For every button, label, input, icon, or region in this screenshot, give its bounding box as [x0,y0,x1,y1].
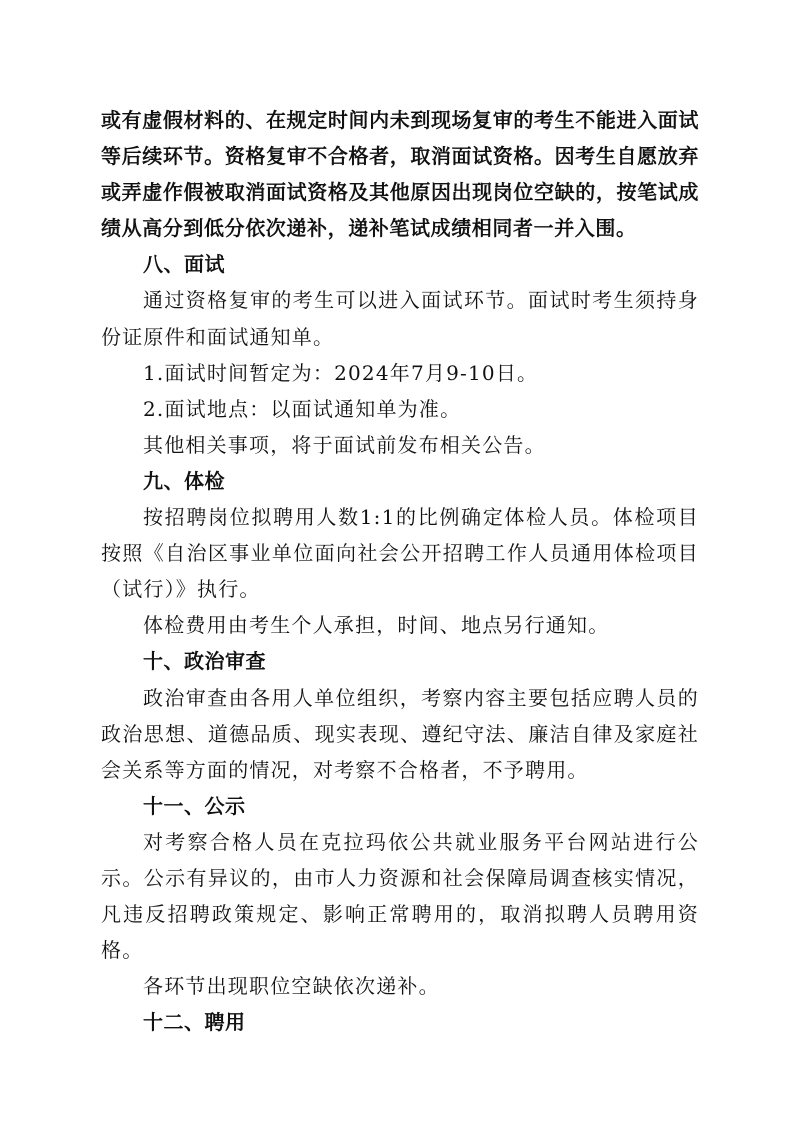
section-political-review: 十、政治审查 政治审查由各用人单位组织，考察内容主要包括应聘人员的政治思想、道德… [101,643,699,787]
section-employment: 十二、聘用 [101,1004,699,1040]
section-interview: 八、面试 通过资格复审的考生可以进入面试环节。面试时考生须持身份证原件和面试通知… [101,246,699,463]
paragraph: 其他相关事项，将于面试前发布相关公告。 [101,427,699,463]
document-page: 或有虚假材料的、在规定时间内未到现场复审的考生不能进入面试等后续环节。资格复审不… [101,102,699,1040]
section-physical-exam: 九、体检 按招聘岗位拟聘用人数1:1的比例确定体检人员。体检项目按照《自治区事业… [101,463,699,643]
section-heading: 十一、公示 [101,788,699,824]
paragraph: 对考察合格人员在克拉玛依公共就业服务平台网站进行公示。公示有异议的，由市人力资源… [101,824,699,968]
section-heading: 十二、聘用 [101,1004,699,1040]
section-public-notice: 十一、公示 对考察合格人员在克拉玛依公共就业服务平台网站进行公示。公示有异议的，… [101,788,699,1005]
paragraph: 通过资格复审的考生可以进入面试环节。面试时考生须持身份证原件和面试通知单。 [101,282,699,354]
paragraph: 体检费用由考生个人承担，时间、地点另行通知。 [101,607,699,643]
section-heading: 十、政治审查 [101,643,699,679]
intro-paragraph: 或有虚假材料的、在规定时间内未到现场复审的考生不能进入面试等后续环节。资格复审不… [101,102,699,246]
paragraph: 各环节出现职位空缺依次递补。 [101,968,699,1004]
section-heading: 八、面试 [101,246,699,282]
paragraph: 政治审查由各用人单位组织，考察内容主要包括应聘人员的政治思想、道德品质、现实表现… [101,680,699,788]
section-heading: 九、体检 [101,463,699,499]
paragraph: 按招聘岗位拟聘用人数1:1的比例确定体检人员。体检项目按照《自治区事业单位面向社… [101,499,699,607]
paragraph: 1.面试时间暂定为：2024年7月9-10日。 [101,355,699,391]
paragraph: 2.面试地点：以面试通知单为准。 [101,391,699,427]
